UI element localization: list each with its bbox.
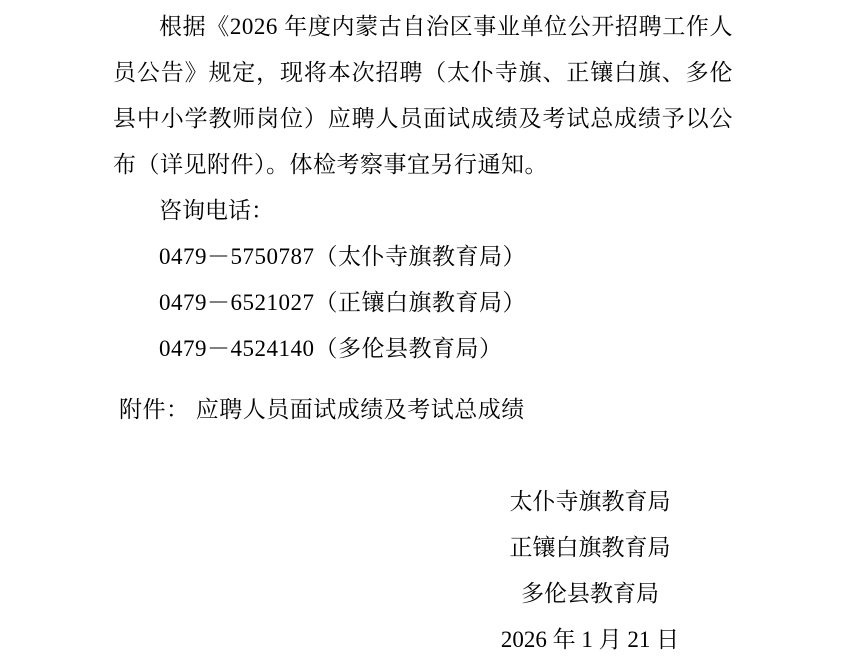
phone-line-duolun: 0479－4524140（多伦县教育局） — [113, 326, 733, 372]
signature-block: 太仆寺旗教育局 正镶白旗教育局 多伦县教育局 2026 年 1 月 21 日 — [480, 479, 700, 663]
signature-duolun-bureau: 多伦县教育局 — [480, 571, 700, 617]
document-content: 根据《2026 年度内蒙古自治区事业单位公开招聘工作人员公告》规定，现将本次招聘… — [0, 0, 846, 663]
phone-line-taipusi: 0479－5750787（太仆寺旗教育局） — [113, 234, 733, 280]
contact-phone-list: 0479－5750787（太仆寺旗教育局） 0479－6521027（正镶白旗教… — [113, 234, 733, 372]
signature-taipusi-bureau: 太仆寺旗教育局 — [480, 479, 700, 525]
document-date: 2026 年 1 月 21 日 — [480, 617, 700, 663]
signature-zhengxiangbai-bureau: 正镶白旗教育局 — [480, 525, 700, 571]
contact-phone-heading: 咨询电话： — [113, 188, 733, 234]
attachment-reference-line: 附件： 应聘人员面试成绩及考试总成绩 — [113, 387, 733, 433]
notice-body-paragraph: 根据《2026 年度内蒙古自治区事业单位公开招聘工作人员公告》规定，现将本次招聘… — [113, 4, 733, 188]
document-page: 根据《2026 年度内蒙古自治区事业单位公开招聘工作人员公告》规定，现将本次招聘… — [0, 0, 846, 667]
phone-line-zhengxiangbai: 0479－6521027（正镶白旗教育局） — [113, 280, 733, 326]
